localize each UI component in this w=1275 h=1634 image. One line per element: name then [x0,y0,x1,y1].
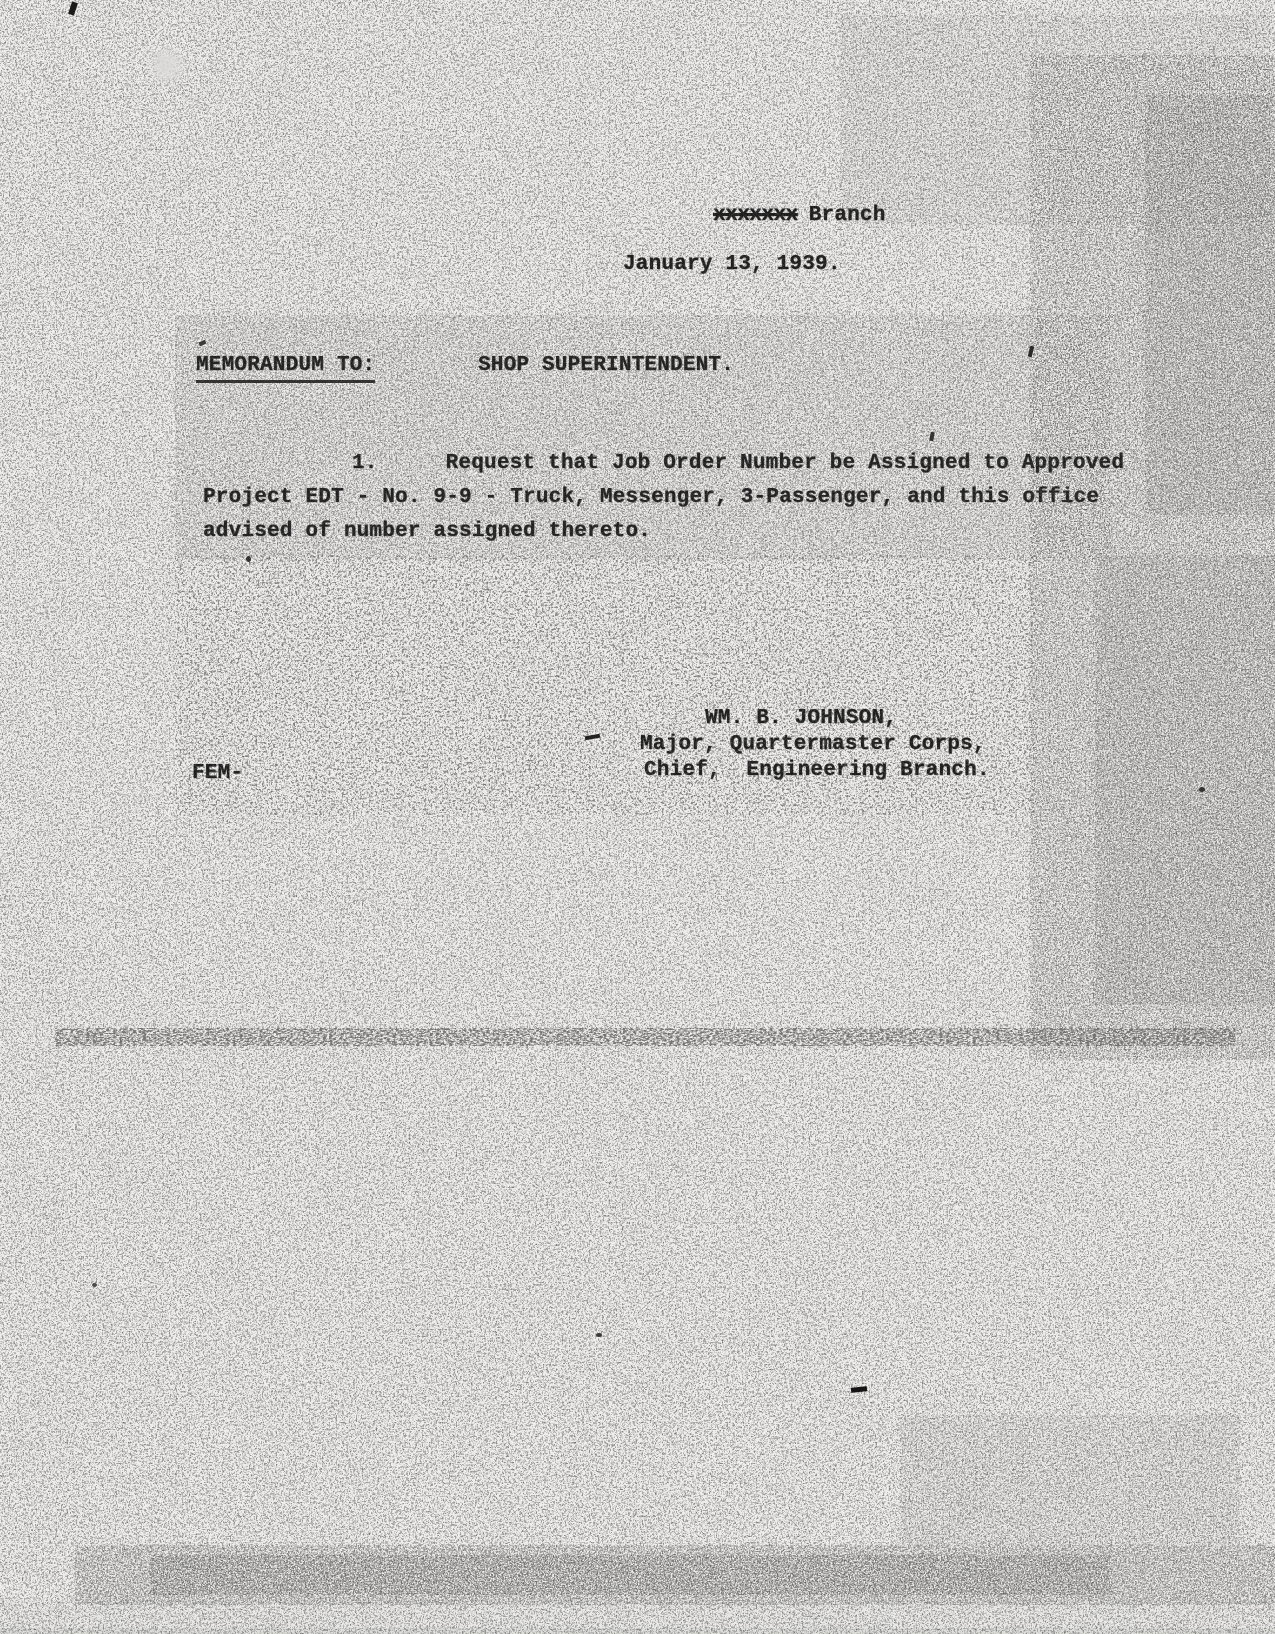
memo-to-label: MEMORANDUM TO: [196,354,375,383]
smudge [152,48,182,82]
ink-speck [596,1333,602,1337]
ink-speck [68,1,78,15]
signature-title: Chief, Engineering Branch. [644,759,990,782]
typist-initials: FEM- [192,762,243,785]
ink-speck [246,556,251,562]
ink-speck [1199,787,1205,792]
body-line-1-text: Request that Job Order Number be Assigne… [446,452,1125,475]
body-line-2: Project EDT - No. 9-9 - Truck, Messenger… [203,486,1099,509]
scanned-memo-page: xxxxxxxBranch January 13, 1939. MEMORAND… [0,0,1275,1634]
ink-speck [851,1386,867,1393]
ink-speck [585,734,600,741]
redacted-text: xxxxxxx [713,204,798,227]
date-line: January 13, 1939. [623,253,841,276]
memo-recipient: SHOP SUPERINTENDENT. [478,354,734,377]
memo-to-label-line: MEMORANDUM TO: [196,354,375,377]
branch-word: Branch [809,204,886,227]
signature-rank: Major, Quartermaster Corps, [640,733,986,756]
ink-speck [929,432,935,442]
ink-speck [198,340,206,347]
branch-line: xxxxxxxBranch [713,204,886,227]
body-line-3: advised of number assigned thereto. [203,520,651,543]
ink-speck [92,1283,97,1287]
paragraph-number: 1. [352,452,378,475]
scan-speckle-overlay [0,0,1275,1634]
body-line-1: 1.Request that Job Order Number be Assig… [352,452,1124,475]
ink-speck [1028,346,1035,358]
signature-name: WM. B. JOHNSON, [705,707,897,730]
paper-mottle-texture [0,0,1275,1634]
